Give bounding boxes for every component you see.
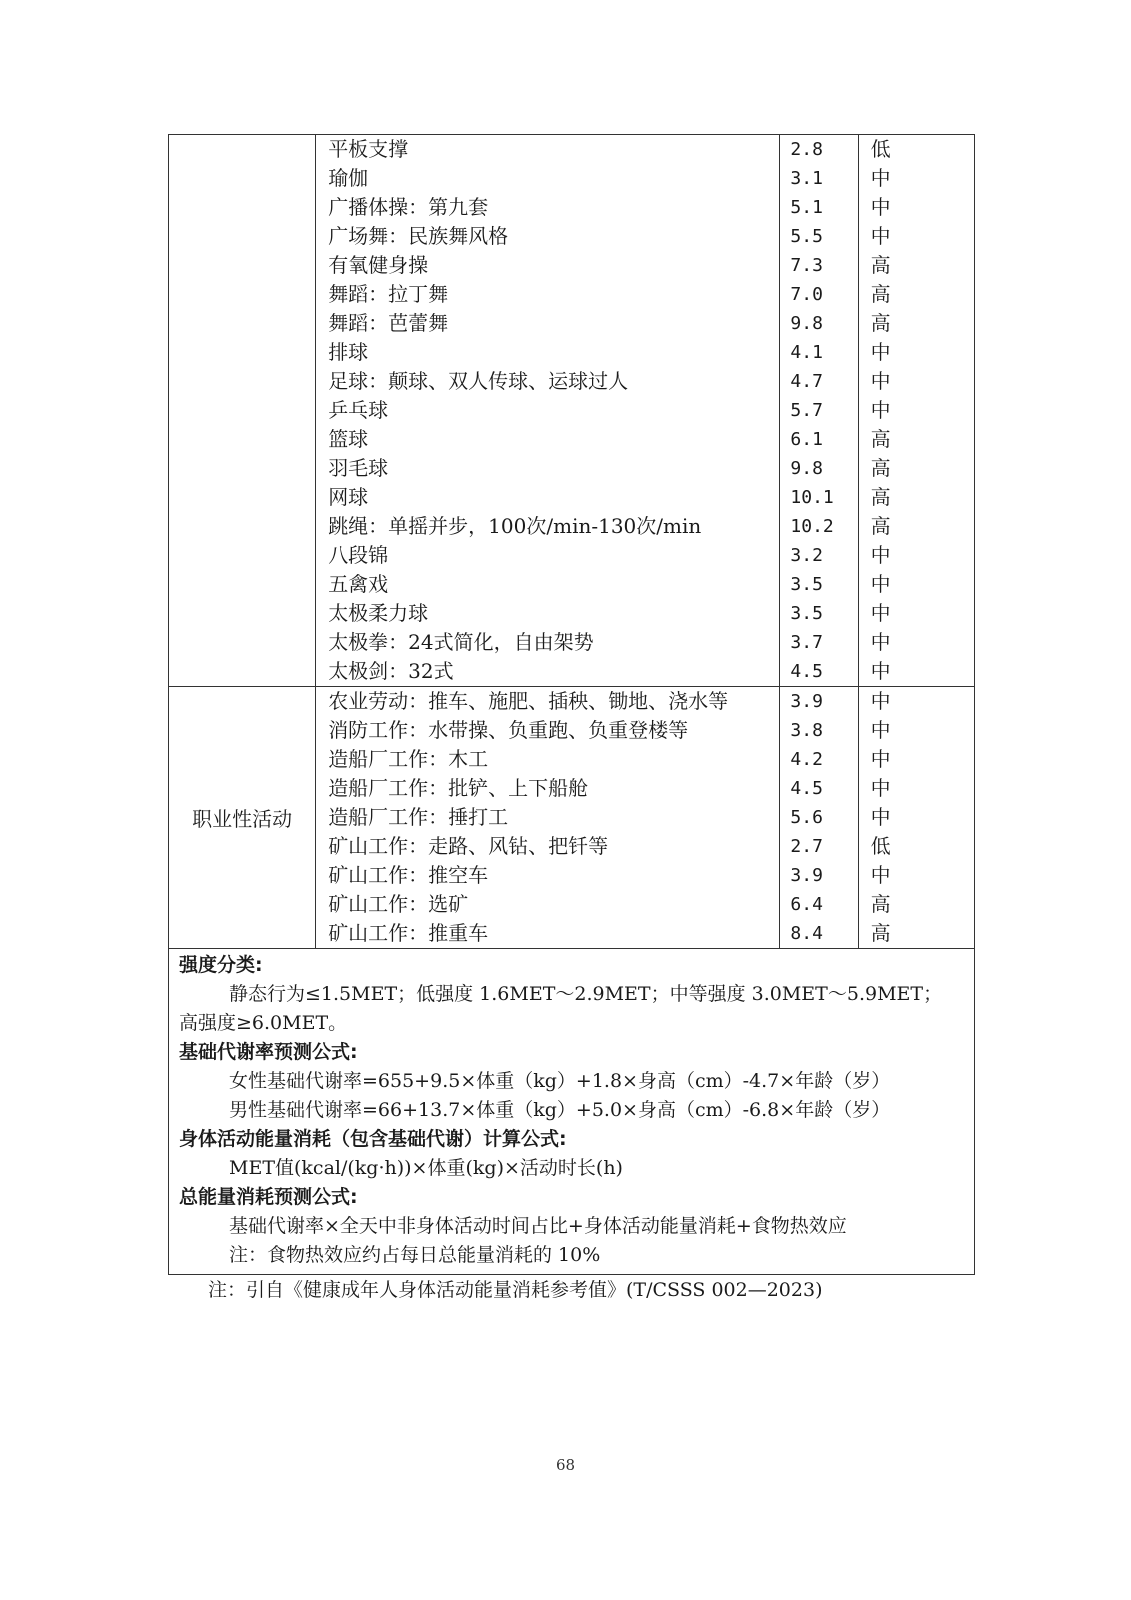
activity-text: 八段锦 (316, 541, 779, 570)
met-value: 10.1 (780, 483, 857, 512)
intensity-level: 中 (859, 396, 974, 425)
bmr-female-formula: 女性基础代谢率=655+9.5×体重（kg）+1.8×身高（cm）-4.7×年龄… (179, 1067, 974, 1096)
met-value: 3.2 (780, 541, 857, 570)
activity-text: 矿山工作：选矿 (316, 890, 779, 919)
met-value: 3.7 (780, 628, 857, 657)
activity-text: 太极柔力球 (316, 599, 779, 628)
intensity-level: 中 (859, 657, 974, 686)
intensity-level: 中 (859, 745, 974, 774)
intensity-level: 高 (859, 280, 974, 309)
intensity-level: 高 (859, 512, 974, 541)
intensity-level: 中 (859, 367, 974, 396)
met-value: 10.2 (780, 512, 857, 541)
intensity-level: 中 (859, 570, 974, 599)
intensity-level: 低 (859, 832, 974, 861)
pa-heading: 身体活动能量消耗（包含基础代谢）计算公式: (179, 1125, 974, 1154)
met-value: 3.5 (780, 599, 857, 628)
met-value: 8.4 (780, 919, 857, 948)
activity-text: 矿山工作：推空车 (316, 861, 779, 890)
activity-text: 有氧健身操 (316, 251, 779, 280)
intensity-heading: 强度分类: (179, 951, 974, 980)
met-value: 3.8 (780, 716, 857, 745)
intensity-level: 高 (859, 483, 974, 512)
activity-text: 造船厂工作：木工 (316, 745, 779, 774)
activity-text: 舞蹈：芭蕾舞 (316, 309, 779, 338)
met-value: 4.5 (780, 657, 857, 686)
met-value: 2.7 (780, 832, 857, 861)
level-column: 中中中中中低中高高 (858, 687, 974, 949)
notes-cell: 强度分类: 静态行为≤1.5MET；低强度 1.6MET～2.9MET；中等强度… (169, 949, 975, 1275)
met-column: 2.83.15.15.57.37.09.84.14.75.76.19.810.1… (780, 135, 858, 687)
activity-text: 乒乓球 (316, 396, 779, 425)
intensity-text: 静态行为≤1.5MET；低强度 1.6MET～2.9MET；中等强度 3.0ME… (179, 980, 974, 1009)
category-cell (169, 135, 316, 687)
document-page: 平板支撑瑜伽广播体操：第九套广场舞：民族舞风格有氧健身操舞蹈：拉丁舞舞蹈：芭蕾舞… (0, 0, 1131, 1600)
met-value: 7.3 (780, 251, 857, 280)
met-value: 6.4 (780, 890, 857, 919)
met-value: 3.9 (780, 687, 857, 716)
bmr-male-formula: 男性基础代谢率=66+13.7×体重（kg）+5.0×身高（cm）-6.8×年龄… (179, 1096, 974, 1125)
met-value: 5.6 (780, 803, 857, 832)
intensity-level: 中 (859, 222, 974, 251)
intensity-level: 中 (859, 338, 974, 367)
met-value: 3.9 (780, 861, 857, 890)
tee-formula: 基础代谢率×全天中非身体活动时间占比+身体活动能量消耗+食物热效应 (179, 1212, 974, 1241)
activity-text: 造船厂工作：批铲、上下船舱 (316, 774, 779, 803)
met-value: 4.1 (780, 338, 857, 367)
activity-text: 羽毛球 (316, 454, 779, 483)
source-note: 注：引自《健康成年人身体活动能量消耗参考值》(T/CSSS 002—2023) (208, 1276, 822, 1305)
category-cell: 职业性活动 (169, 687, 316, 949)
intensity-level: 高 (859, 919, 974, 948)
activity-column: 农业劳动：推车、施肥、插秧、锄地、浇水等消防工作：水带操、负重跑、负重登楼等造船… (316, 687, 780, 949)
activity-text: 足球：颠球、双人传球、运球过人 (316, 367, 779, 396)
intensity-level: 中 (859, 628, 974, 657)
intensity-level: 中 (859, 774, 974, 803)
intensity-level: 中 (859, 687, 974, 716)
table-group-occupational: 职业性活动 农业劳动：推车、施肥、插秧、锄地、浇水等消防工作：水带操、负重跑、负… (169, 687, 975, 949)
met-column: 3.93.84.24.55.62.73.96.48.4 (780, 687, 858, 949)
intensity-level: 中 (859, 164, 974, 193)
met-value: 4.5 (780, 774, 857, 803)
intensity-level: 低 (859, 135, 974, 164)
activity-text: 太极剑：32式 (316, 657, 779, 686)
met-activity-table: 平板支撑瑜伽广播体操：第九套广场舞：民族舞风格有氧健身操舞蹈：拉丁舞舞蹈：芭蕾舞… (168, 134, 975, 1275)
intensity-level: 高 (859, 890, 974, 919)
intensity-level: 中 (859, 541, 974, 570)
met-value: 9.8 (780, 454, 857, 483)
met-value: 6.1 (780, 425, 857, 454)
activity-text: 农业劳动：推车、施肥、插秧、锄地、浇水等 (316, 687, 779, 716)
intensity-level: 中 (859, 193, 974, 222)
tee-heading: 总能量消耗预测公式: (179, 1183, 974, 1212)
met-value: 3.1 (780, 164, 857, 193)
met-value: 2.8 (780, 135, 857, 164)
met-value: 9.8 (780, 309, 857, 338)
page-number: 68 (0, 1456, 1131, 1474)
met-value: 3.5 (780, 570, 857, 599)
intensity-level: 高 (859, 251, 974, 280)
intensity-level: 中 (859, 803, 974, 832)
pa-formula: MET值(kcal/(kg·h))×体重(kg)×活动时长(h) (179, 1154, 974, 1183)
bmr-heading: 基础代谢率预测公式: (179, 1038, 974, 1067)
met-value: 4.7 (780, 367, 857, 396)
table-group-exercise: 平板支撑瑜伽广播体操：第九套广场舞：民族舞风格有氧健身操舞蹈：拉丁舞舞蹈：芭蕾舞… (169, 135, 975, 687)
met-value: 5.5 (780, 222, 857, 251)
activity-text: 篮球 (316, 425, 779, 454)
notes-row: 强度分类: 静态行为≤1.5MET；低强度 1.6MET～2.9MET；中等强度… (169, 949, 975, 1275)
level-column: 低中中中高高高中中中高高高高中中中中中 (858, 135, 974, 687)
activity-text: 太极拳：24式简化，自由架势 (316, 628, 779, 657)
activity-text: 五禽戏 (316, 570, 779, 599)
activity-text: 网球 (316, 483, 779, 512)
activity-text: 排球 (316, 338, 779, 367)
activity-text: 瑜伽 (316, 164, 779, 193)
met-value: 5.1 (780, 193, 857, 222)
activity-column: 平板支撑瑜伽广播体操：第九套广场舞：民族舞风格有氧健身操舞蹈：拉丁舞舞蹈：芭蕾舞… (316, 135, 780, 687)
met-value: 7.0 (780, 280, 857, 309)
intensity-level: 中 (859, 861, 974, 890)
intensity-level: 中 (859, 716, 974, 745)
intensity-level: 中 (859, 599, 974, 628)
met-value: 4.2 (780, 745, 857, 774)
activity-text: 舞蹈：拉丁舞 (316, 280, 779, 309)
category-label: 职业性活动 (192, 807, 292, 831)
activity-text: 广场舞：民族舞风格 (316, 222, 779, 251)
activity-text: 矿山工作：推重车 (316, 919, 779, 948)
met-value: 5.7 (780, 396, 857, 425)
tee-note: 注：食物热效应约占每日总能量消耗的 10% (179, 1241, 974, 1270)
intensity-level: 高 (859, 309, 974, 338)
intensity-text-cont: 高强度≥6.0MET。 (179, 1009, 974, 1038)
intensity-level: 高 (859, 454, 974, 483)
activity-text: 造船厂工作：捶打工 (316, 803, 779, 832)
activity-text: 消防工作：水带操、负重跑、负重登楼等 (316, 716, 779, 745)
intensity-level: 高 (859, 425, 974, 454)
activity-text: 广播体操：第九套 (316, 193, 779, 222)
activity-text: 矿山工作：走路、风钻、把钎等 (316, 832, 779, 861)
activity-text: 平板支撑 (316, 135, 779, 164)
activity-text: 跳绳：单摇并步，100次/min-130次/min (316, 512, 779, 541)
